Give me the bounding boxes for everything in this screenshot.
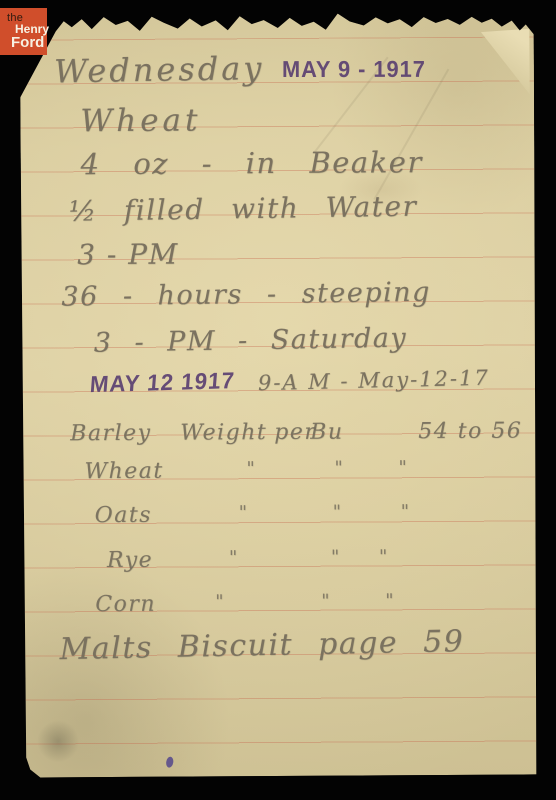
bushel-label: Bu — [310, 420, 343, 445]
dog-ear-fold — [470, 22, 532, 100]
steeping-line: 36 - hours - steeping — [61, 277, 431, 313]
grain-row-wheat: Wheat " " " — [22, 456, 536, 493]
malt-note-line: Malts Biscuit page 59 — [59, 624, 464, 667]
weight-value: 54 to 56 — [418, 419, 522, 445]
grain-row-rye: Rye " " " — [23, 545, 537, 582]
weight-label: Weight — [180, 420, 267, 446]
ditto-mark: " — [333, 502, 343, 523]
date-stamp-may12: MAY 12 1917 — [89, 367, 236, 398]
ditto-mark: " — [246, 458, 256, 479]
smudge-mark — [28, 711, 88, 771]
grain-label: Corn — [95, 592, 156, 617]
ditto-mark: " — [385, 590, 395, 611]
weekday-line: Wednesday — [54, 49, 265, 90]
wheat-heading-line: Wheat — [80, 102, 201, 139]
grain-label: Rye — [107, 548, 153, 573]
ditto-mark: " — [321, 591, 331, 612]
grain-row-oats: Oats " " " — [23, 500, 537, 537]
ink-dot — [165, 756, 174, 768]
saturday-line: 3 - PM - Saturday — [93, 323, 407, 359]
ditto-mark: " — [401, 501, 411, 522]
logo-ford: Ford — [11, 34, 44, 51]
grain-label: Barley — [70, 421, 151, 446]
grain-table-header-row: Barley Weight per Bu 54 to 56 — [22, 418, 536, 455]
ditto-mark: " — [331, 547, 341, 568]
ditto-mark: " — [229, 547, 239, 568]
photo-background: { "branding": { "the": "the", "henry": "… — [0, 0, 556, 800]
note-paper: Wednesday MAY 9 - 1917 Wheat 4 oz - in B… — [20, 8, 539, 781]
ditto-mark: " — [239, 502, 249, 523]
grain-label: Oats — [95, 503, 152, 528]
beaker-line: 4 oz - in Beaker — [80, 145, 422, 181]
ditto-mark: " — [215, 591, 225, 612]
grain-label: Wheat — [84, 459, 163, 484]
ditto-mark: " — [379, 546, 389, 567]
ditto-mark: " — [398, 457, 408, 478]
time-line: 3 - PM — [77, 238, 179, 272]
grain-row-corn: Corn " " " — [23, 589, 537, 626]
water-line: ½ filled with Water — [69, 190, 418, 228]
henry-ford-logo: the Henry Ford — [0, 8, 47, 55]
ditto-mark: " — [334, 458, 344, 479]
time-note-line: 9-A M - May-12-17 — [258, 366, 490, 395]
date-stamp-may9: MAY 9 - 1917 — [282, 56, 426, 83]
